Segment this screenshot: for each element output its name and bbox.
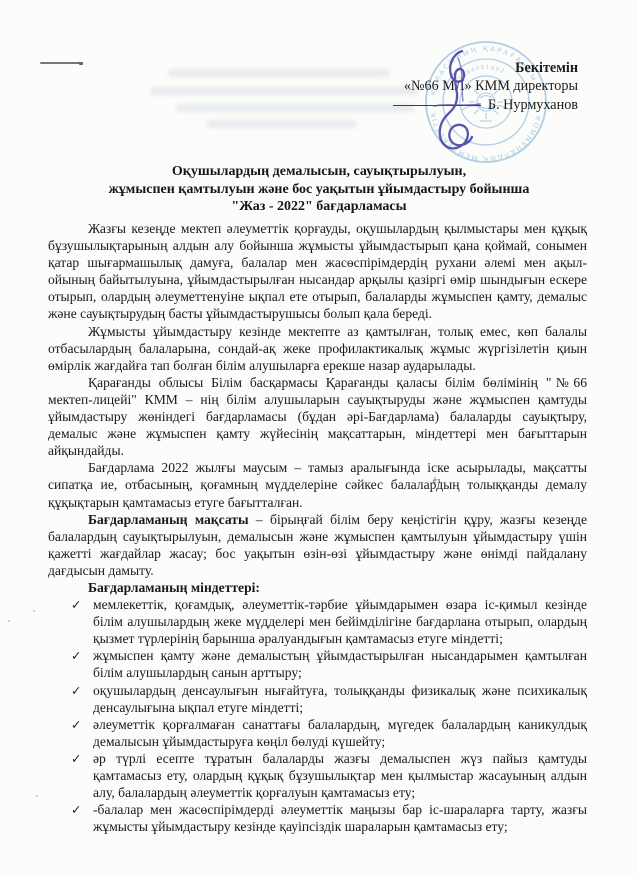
tasks-list: ✓мемлекеттік, қоғамдық, әлеуметтік-тәрби… bbox=[48, 596, 587, 835]
paragraph-2: Жұмысты ұйымдастыру кезінде мектепте аз … bbox=[48, 323, 587, 374]
goal-lead: Бағдарламаның мақсаты bbox=[88, 512, 249, 527]
scan-artifact-line bbox=[40, 62, 81, 64]
task-item: ✓оқушылардың денсаулығын нығайтуға, толы… bbox=[93, 682, 587, 716]
check-icon: ✓ bbox=[71, 716, 87, 733]
paragraph-1: Жазғы кезеңде мектеп әлеуметтік қорғауды… bbox=[48, 220, 587, 323]
task-item: ✓әр түрлі есепте тұратын балаларды жазғы… bbox=[93, 750, 587, 801]
task-text: жұмыспен қамту және демалыстың ұйымдасты… bbox=[93, 648, 587, 680]
paragraph-4: Бағдарлама 2022 жылғы маусым – тамыз ара… bbox=[48, 459, 587, 510]
document-title: Оқушылардың демалысын, сауықтырылуын, жұ… bbox=[0, 163, 638, 216]
check-icon: ✓ bbox=[71, 647, 87, 664]
check-icon: ✓ bbox=[71, 682, 87, 699]
task-item: ✓мемлекеттік, қоғамдық, әлеуметтік-тәрби… bbox=[93, 596, 587, 647]
paragraph-3: Қарағанды облысы Білім басқармасы Қараға… bbox=[48, 374, 587, 459]
task-item: ✓жұмыспен қамту және демалыстың ұйымдаст… bbox=[93, 647, 587, 681]
tasks-heading: Бағдарламаның міндеттері: bbox=[48, 579, 587, 596]
title-line-2: жұмыспен қамтылуын және бос уақытын ұйым… bbox=[0, 181, 638, 199]
task-text: оқушылардың денсаулығын нығайтуға, толық… bbox=[93, 683, 587, 715]
scan-speck bbox=[33, 610, 35, 612]
handwritten-note: ёз bbox=[433, 476, 441, 485]
paragraph-goal: Бағдарламаның мақсаты – бірыңғай білім б… bbox=[48, 511, 587, 579]
scan-speck bbox=[8, 620, 10, 622]
task-text: -балалар мен жасөспірімдерді әлеуметтік … bbox=[93, 802, 587, 834]
task-text: әр түрлі есепте тұратын балаларды жазғы … bbox=[93, 751, 587, 800]
scan-speck bbox=[36, 795, 38, 797]
title-line-1: Оқушылардың демалысын, сауықтырылуын, bbox=[0, 163, 638, 181]
task-item: ✓әлеуметтік қорғалмаған санаттағы балала… bbox=[93, 716, 587, 750]
check-icon: ✓ bbox=[71, 801, 87, 818]
check-icon: ✓ bbox=[71, 750, 87, 767]
task-item: ✓-балалар мен жасөспірімдерді әлеуметтік… bbox=[93, 801, 587, 835]
task-text: әлеуметтік қорғалмаған санаттағы балалар… bbox=[93, 717, 587, 749]
task-text: мемлекеттік, қоғамдық, әлеуметтік-тәрбие… bbox=[93, 597, 587, 646]
scanned-document-page: ҚАЛАСЫНЫҢ ҚАРАҒАНДЫ КОММУНАЛДЫҚ МЕМЛЕКЕТ… bbox=[0, 0, 638, 878]
title-line-3: "Жаз - 2022" бағдарламасы bbox=[0, 198, 638, 216]
document-body: Жазғы кезеңде мектеп әлеуметтік қорғауды… bbox=[48, 220, 587, 835]
check-icon: ✓ bbox=[71, 596, 87, 613]
signature-ink bbox=[428, 44, 502, 162]
